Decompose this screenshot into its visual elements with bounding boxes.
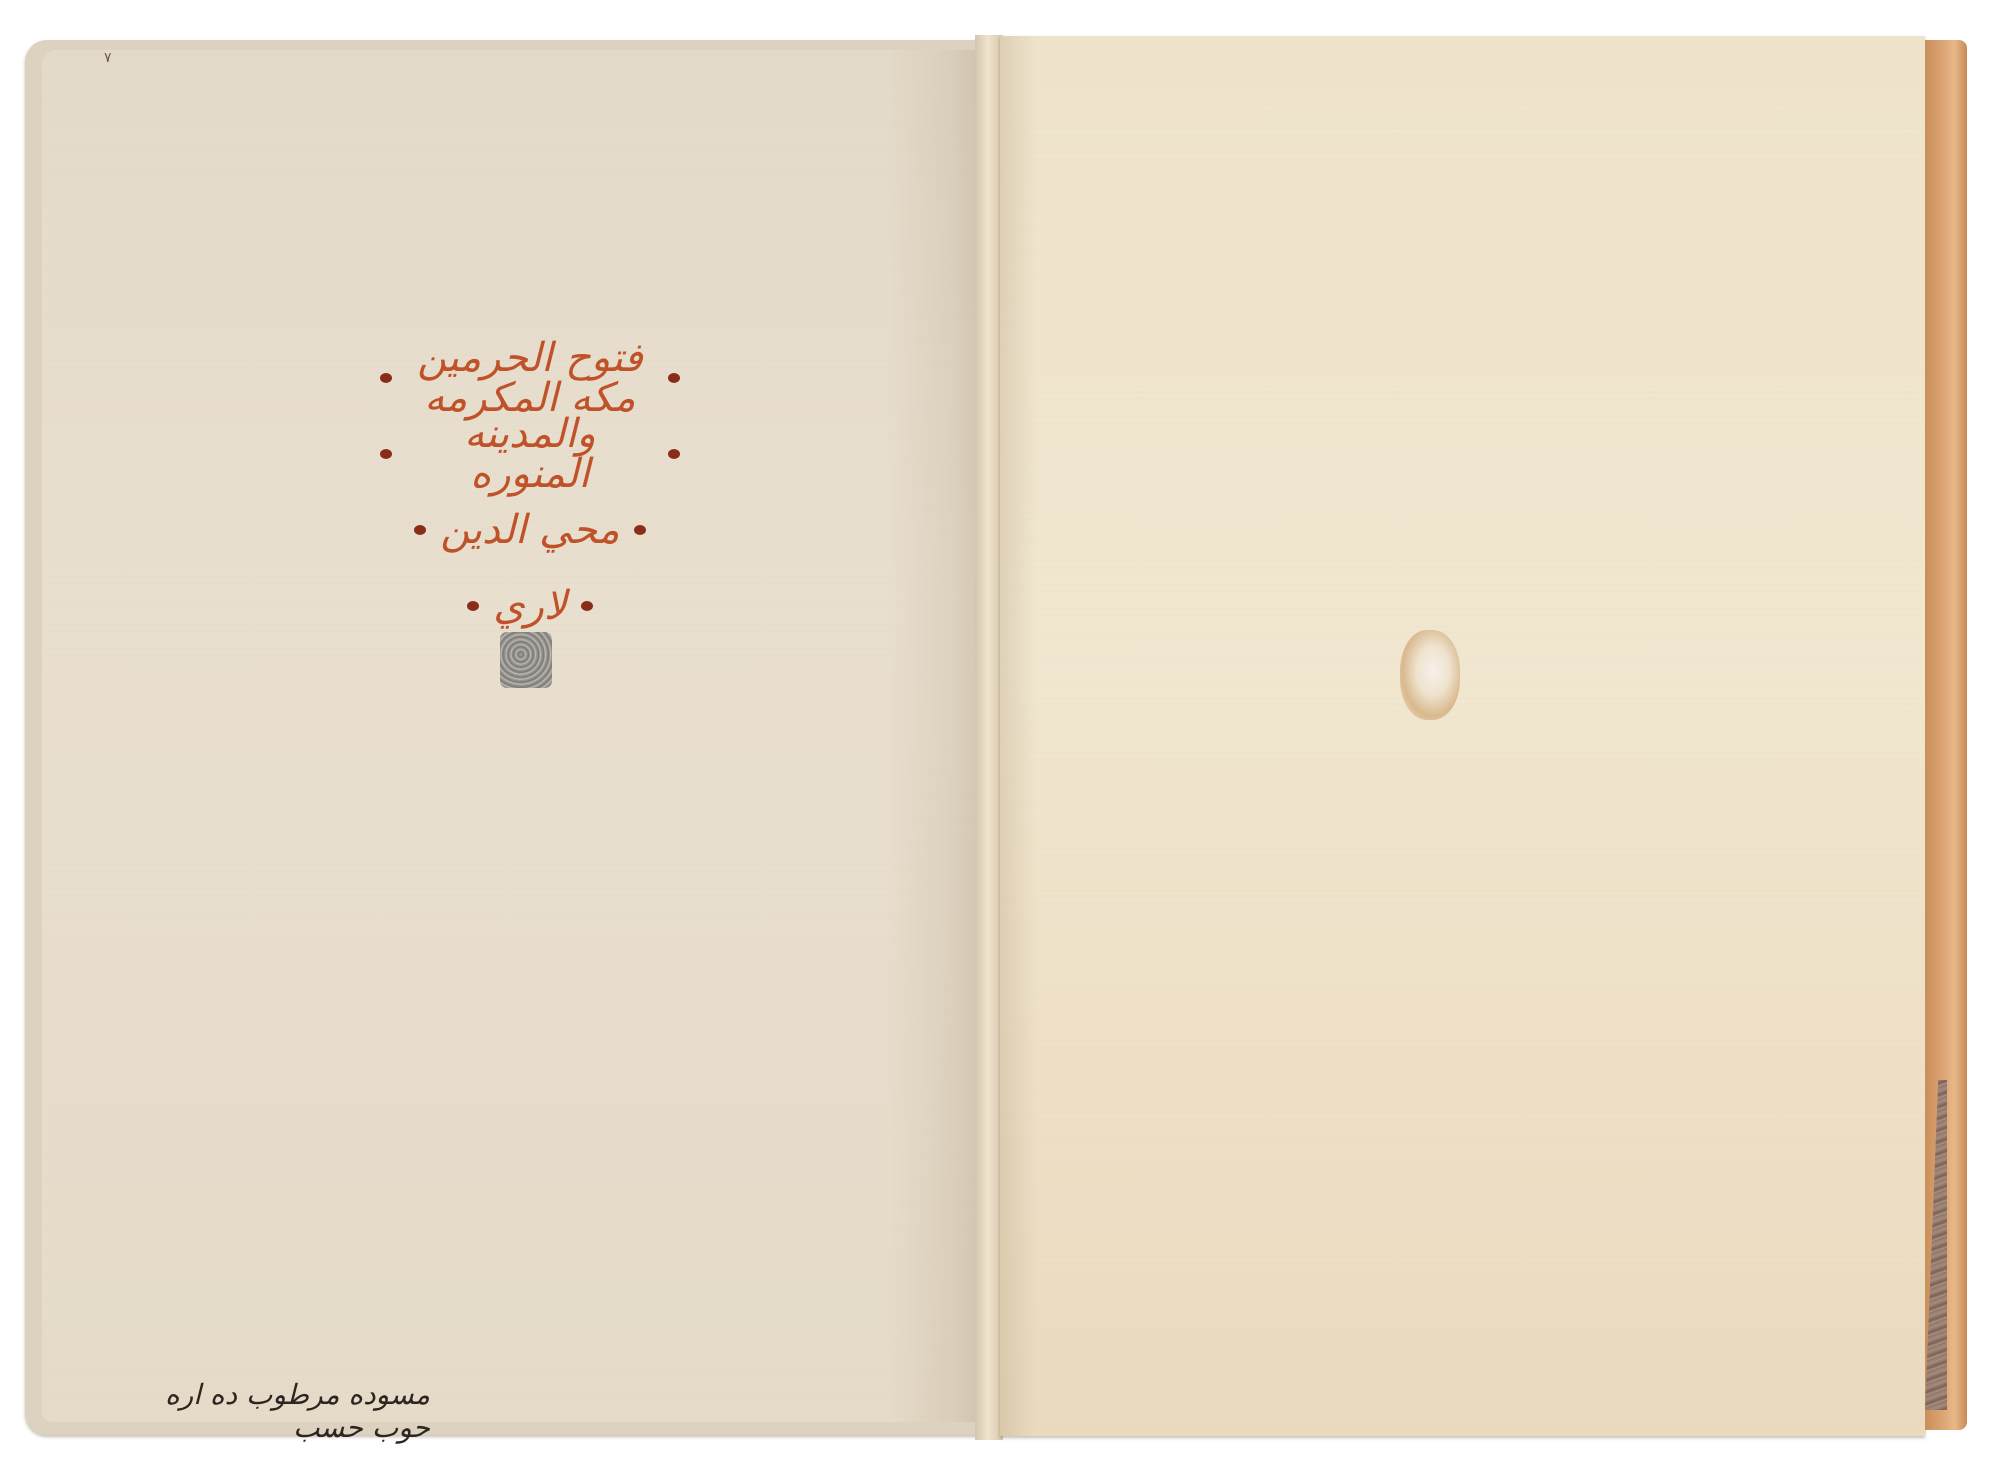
footer-inscription: مسوده مرطوب ده اره حوب حسب [110, 1378, 430, 1444]
bullet-dot-icon [380, 449, 392, 459]
bullet-dot-icon [414, 525, 426, 535]
folio-number: ٧ [104, 50, 112, 66]
paper-stain [1400, 630, 1460, 720]
title-line: فتوح الحرمين مكه المكرمه [380, 340, 680, 416]
calligraphic-title: فتوح الحرمين مكه المكرمه والمدينه المنور… [380, 340, 680, 644]
title-text: فتوح الحرمين مكه المكرمه [406, 338, 654, 418]
bullet-dot-icon [634, 525, 646, 535]
right-page [1000, 36, 1925, 1436]
bullet-dot-icon [380, 373, 392, 383]
title-line: والمدينه المنوره [380, 416, 680, 492]
bullet-dot-icon [467, 601, 479, 611]
title-line: محي الدين [380, 492, 680, 568]
left-page [42, 50, 980, 1422]
title-text: محي الدين [440, 510, 619, 550]
title-text: والمدينه المنوره [406, 414, 654, 494]
open-manuscript: ٧ فتوح الحرمين مكه المكرمه والمدينه المن… [0, 0, 2000, 1477]
seal-stamp-icon [500, 632, 552, 688]
spine-gutter [975, 35, 1003, 1440]
bullet-dot-icon [668, 373, 680, 383]
bullet-dot-icon [668, 449, 680, 459]
bullet-dot-icon [581, 601, 593, 611]
title-text: لاري [493, 586, 566, 626]
